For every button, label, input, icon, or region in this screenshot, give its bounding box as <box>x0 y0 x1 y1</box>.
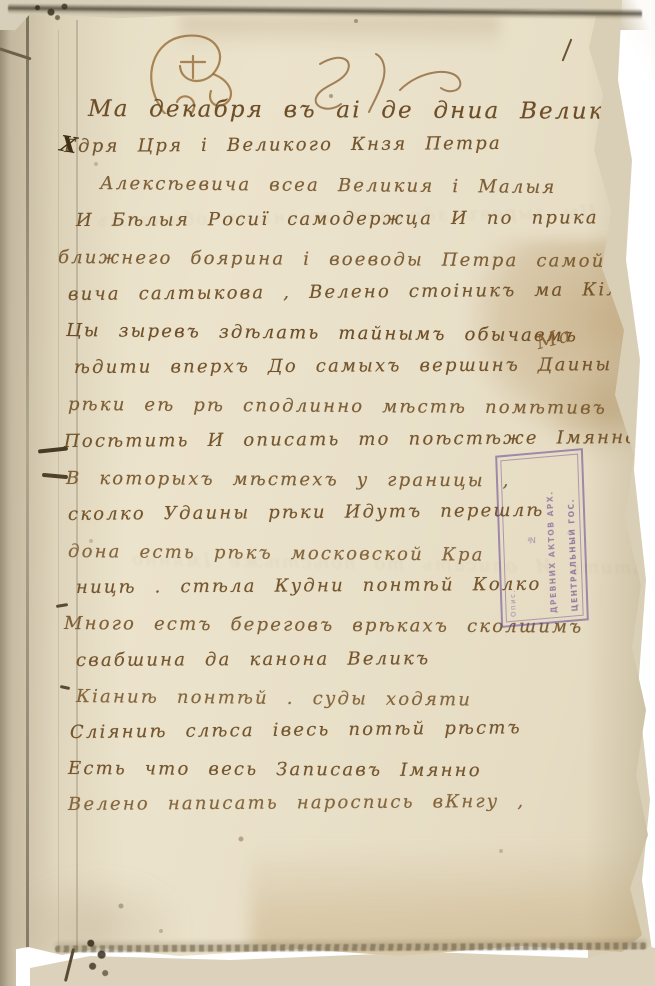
manuscript-line: свабшина да канона Великъ <box>76 650 430 670</box>
manuscript-line: Цы зыревъ здѣлать тайнымъ обычаемъ <box>66 322 578 345</box>
archive-stamp-inner-border: Опис. № ДРЕВНИХ АКТОВ АРХ. ЦЕНТРАЛЬНЫЙ Г… <box>500 454 583 623</box>
thread-knot-top-left <box>24 0 78 22</box>
manuscript-line: вича салтыкова , Велено стоіникъ ма Кіл <box>68 281 620 304</box>
manuscript-line: сколко Удаины рѣки Идутъ перешлѣ <box>68 502 545 524</box>
manuscript-page: Ма декабря въ аі де дниа Великого Гдря Ц… <box>0 0 655 986</box>
manuscript-line: Ма декабря въ аі де дниа Великого <box>88 98 651 124</box>
manuscript-line: Кіаниѣ понтѣй . суды ходяти <box>76 688 472 709</box>
manuscript-line: Посѣтить И описать то поѣстѣже Імянно <box>64 429 638 451</box>
stamp-text-line2: ДРЕВНИХ АКТОВ АРХ. <box>545 461 559 614</box>
manuscript-line: ѣдити вперхъ До самыхъ вершинъ Даины <box>74 356 612 377</box>
stamp-text-line1: ЦЕНТРАЛЬНЫЙ ГОС. <box>565 459 579 612</box>
manuscript-line: Гдря Цря і Великого Кнзя Петра <box>64 135 502 156</box>
manuscript-line: ницѣ . стѣла Кудни понтѣй Колко <box>76 576 542 597</box>
manuscript-line: В которыхъ мѣстехъ у границы , <box>66 470 511 490</box>
thread-knot-bottom-left <box>80 934 116 980</box>
manuscript-line: рѣки еѣ рѣ сподлинно мѣстѣ помѣтивъ <box>68 396 607 418</box>
stamp-note-text: Опис. <box>509 588 518 617</box>
manuscript-scan: Ма декабря въ аі де дниа Великого Гдря Ц… <box>0 0 655 986</box>
manuscript-line: Есть что весь Записавъ Імянно <box>68 760 482 780</box>
stamp-number-sign: № <box>527 533 536 544</box>
manuscript-line: Сліяниѣ слѣса івесь потѣй рѣстъ <box>70 719 522 742</box>
manuscript-line: Велено написать нароспись вКнгу , <box>68 793 525 814</box>
archive-stamp: Опис. № ДРЕВНИХ АКТОВ АРХ. ЦЕНТРАЛЬНЫЙ Г… <box>495 448 589 628</box>
manuscript-line: ближнего боярина і воеводы Петра самойло <box>58 249 632 271</box>
manuscript-line: Алексѣевича всеа Великия і Малыя <box>100 175 557 197</box>
